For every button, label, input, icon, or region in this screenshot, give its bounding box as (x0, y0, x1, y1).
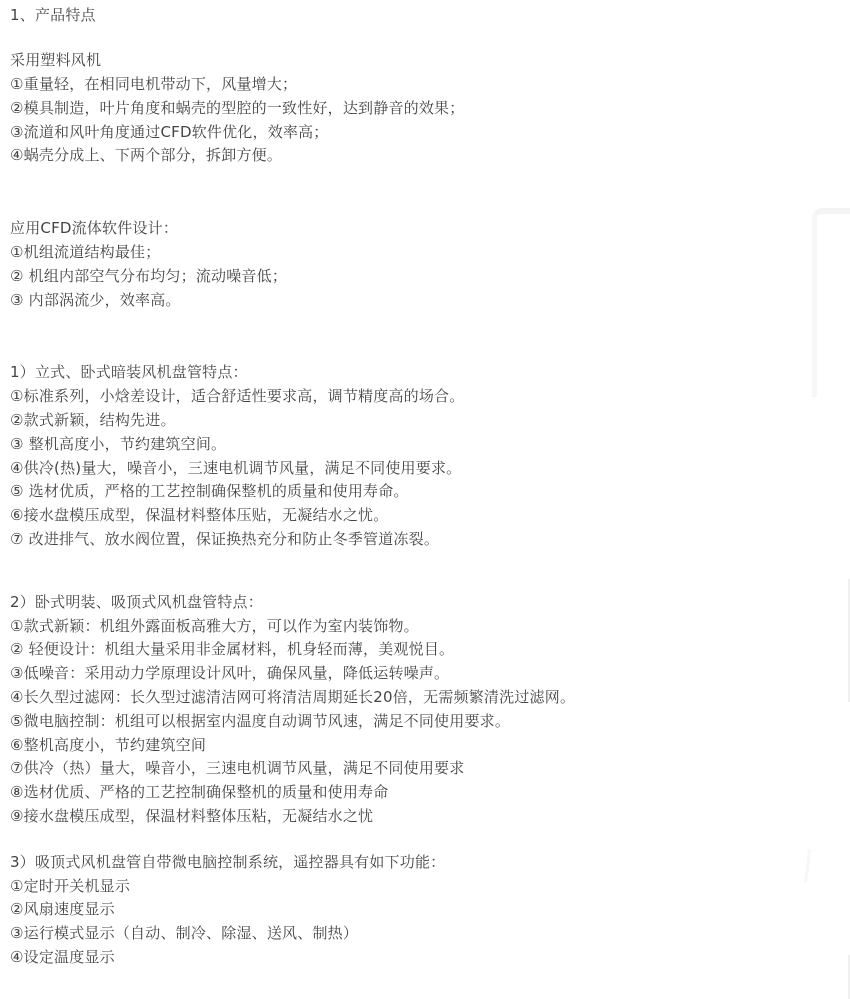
feature-item: ③流道和风叶角度通过CFD软件优化，效率高； (10, 121, 810, 145)
section-plastic-fan: 采用塑料风机 ①重量轻，在相同电机带动下，风量增大； ②模具制造，叶片角度和蜗壳… (10, 49, 810, 168)
page-title: 1、产品特点 (10, 4, 810, 28)
feature-item: ①款式新颖：机组外露面板高雅大方，可以作为室内装饰物。 (10, 615, 810, 639)
feature-item: ⑥整机高度小，节约建筑空间 (10, 734, 810, 758)
feature-item: ② 机组内部空气分布均匀；流动噪音低； (10, 265, 810, 289)
feature-item: ①机组流道结构最佳； (10, 241, 810, 265)
section-heading: 3）吸顶式风机盘管自带微电脑控制系统，遥控器具有如下功能： (10, 851, 810, 875)
feature-item: ③ 整机高度小，节约建筑空间。 (10, 433, 810, 457)
feature-item: ③低噪音：采用动力学原理设计风叶，确保风量，降低运转噪声。 (10, 662, 810, 686)
product-features-document: 1、产品特点 采用塑料风机 ①重量轻，在相同电机带动下，风量增大； ②模具制造，… (10, 0, 810, 970)
feature-item: ②风扇速度显示 (10, 898, 810, 922)
feature-item: ⑨接水盘模压成型，保温材料整体压粘，无凝结水之忧 (10, 805, 810, 829)
feature-item: ④设定温度显示 (10, 946, 810, 970)
section-cfd-design: 应用CFD流体软件设计： ①机组流道结构最佳； ② 机组内部空气分布均匀；流动噪… (10, 217, 810, 312)
section-heading: 采用塑料风机 (10, 49, 810, 73)
feature-item: ⑥接水盘模压成型，保温材料整体压贴，无凝结水之忧。 (10, 504, 810, 528)
feature-item: ②款式新颖，结构先进。 (10, 409, 810, 433)
section-heading: 2）卧式明装、吸顶式风机盘管特点： (10, 591, 810, 615)
feature-item: ⑧选材优质、严格的工艺控制确保整机的质量和使用寿命 (10, 781, 810, 805)
feature-item: ② 轻便设计：机组大量采用非金属材料，机身轻而薄，美观悦目。 (10, 638, 810, 662)
feature-item: ①重量轻，在相同电机带动下，风量增大； (10, 73, 810, 97)
feature-item: ④长久型过滤网：长久型过滤清洁网可将清洁周期延长20倍，无需频繁清洗过滤网。 (10, 686, 810, 710)
section-concealed-fan-coil: 1）立式、卧式暗装风机盘管特点： ①标准系列，小焓差设计，适合舒适性要求高，调节… (10, 361, 810, 551)
section-remote-control-functions: 3）吸顶式风机盘管自带微电脑控制系统，遥控器具有如下功能： ①定时开关机显示 ②… (10, 851, 810, 970)
feature-item: ⑤微电脑控制：机组可以根据室内温度自动调节风速，满足不同使用要求。 (10, 710, 810, 734)
section-exposed-ceiling-fan-coil: 2）卧式明装、吸顶式风机盘管特点： ①款式新颖：机组外露面板高雅大方，可以作为室… (10, 591, 810, 829)
feature-item: ⑤ 选材优质，严格的工艺控制确保整机的质量和使用寿命。 (10, 480, 810, 504)
section-heading: 1）立式、卧式暗装风机盘管特点： (10, 361, 810, 385)
faint-panel-edge (812, 208, 850, 397)
feature-item: ①定时开关机显示 (10, 875, 810, 899)
feature-item: ①标准系列，小焓差设计，适合舒适性要求高，调节精度高的场合。 (10, 385, 810, 409)
feature-item: ⑦供冷（热）量大，噪音小，三速电机调节风量，满足不同使用要求 (10, 757, 810, 781)
product-features-page: 1、产品特点 采用塑料风机 ①重量轻，在相同电机带动下，风量增大； ②模具制造，… (0, 0, 850, 999)
feature-item: ④蜗壳分成上、下两个部分，拆卸方便。 (10, 144, 810, 168)
feature-item: ③ 内部涡流少，效率高。 (10, 289, 810, 313)
feature-item: ⑦ 改进排气、放水阀位置，保证换热充分和防止冬季管道冻裂。 (10, 528, 810, 552)
feature-item: ②模具制造，叶片角度和蜗壳的型腔的一致性好，达到静音的效果； (10, 97, 810, 121)
feature-item: ④供冷(热)量大，噪音小，三速电机调节风量，满足不同使用要求。 (10, 457, 810, 481)
section-heading: 应用CFD流体软件设计： (10, 217, 810, 241)
feature-item: ③运行模式显示（自动、制冷、除湿、送风、制热） (10, 922, 810, 946)
